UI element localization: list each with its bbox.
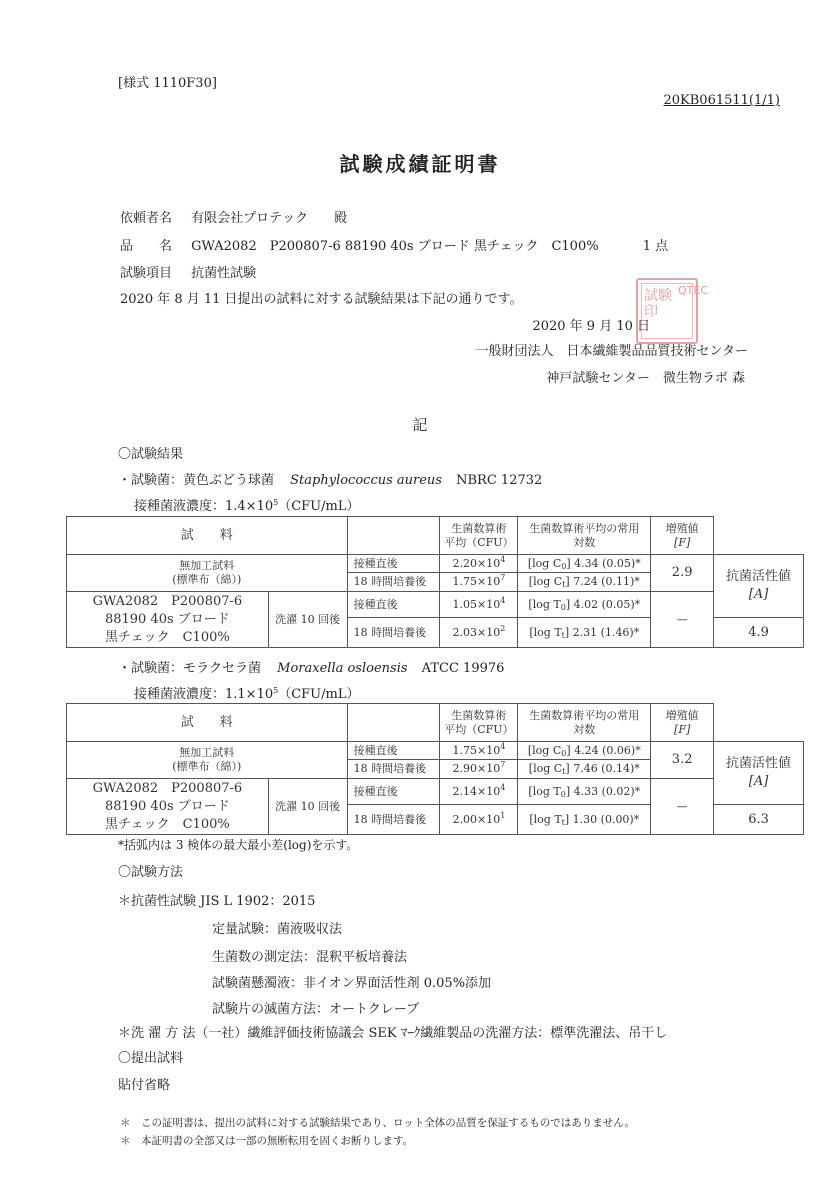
organism-line-1: ・試験菌：黄色ぶどう球菌 Staphylococcus aureus NBRC …: [118, 469, 542, 488]
condition-cell: 接種直後: [347, 742, 440, 760]
organism-strain: ATCC 19976: [422, 661, 505, 676]
organism-strain: NBRC 12732: [456, 473, 542, 488]
requester-label: 依頼者名: [120, 207, 187, 226]
header-sample: 試 料: [67, 517, 348, 555]
wash-cell: 洗濯 10 回後: [268, 592, 347, 648]
cfu-cell: 2.14×104: [440, 779, 518, 805]
table-row: 無加工試料(標準布（綿）) 接種直後 2.20×104 [log C0] 4.3…: [67, 555, 804, 573]
header-empty: [714, 704, 804, 742]
condition-cell: 接種直後: [347, 779, 440, 805]
wash-cell: 洗濯 10 回後: [268, 779, 347, 835]
inoculum-line-1: 接種菌液濃度：1.4×105（CFU/mL）: [134, 495, 359, 514]
header-condition: [347, 517, 440, 555]
disclaimer: ＊ この証明書は、提出の試料に対する試験結果であり、ロット全体の品質を保証するも…: [120, 1115, 635, 1130]
document-number: 20KB061511(1/1): [664, 93, 781, 108]
inoculum-line-2: 接種菌液濃度：1.1×105（CFU/mL）: [134, 683, 359, 702]
product-value: GWA2082 P200807-6 88190 40s ブロード 黒チェック C…: [191, 239, 598, 254]
results-section-title: 〇試験結果: [118, 443, 183, 462]
table-header-row: 試 料 生菌数算術平均（CFU） 生菌数算術平均の常用対数 増殖値[F]: [67, 704, 804, 742]
organism-label: ・試験菌：モラクセラ菌: [118, 661, 261, 676]
header-sample: 試 料: [67, 704, 348, 742]
method-item: 定量試験：菌液吸収法: [212, 918, 342, 937]
inoculum-unit: （CFU/mL）: [278, 499, 359, 514]
method-item: 試験菌懸濁液：非イオン界面活性剤 0.05%添加: [212, 972, 491, 991]
header-cfu: 生菌数算術平均（CFU）: [440, 704, 518, 742]
organism-latin: Staphylococcus aureus: [290, 473, 442, 488]
table-footnote: *括弧内は 3 検体の最大最小差(log)を示す。: [118, 836, 358, 853]
condition-cell: 18 時間培養後: [347, 760, 440, 779]
cfu-cell: 2.90×107: [440, 760, 518, 779]
statement: 2020 年 8 月 11 日提出の試料に対する試験結果は下記の通りです。: [120, 288, 523, 307]
header-log: 生菌数算術平均の常用対数: [518, 704, 651, 742]
test-item-label: 試験項目: [120, 262, 187, 281]
organism-latin: Moraxella osloensis: [277, 661, 407, 676]
condition-cell: 18 時間培養後: [347, 618, 440, 648]
header-cfu: 生菌数算術平均（CFU）: [440, 517, 518, 555]
log-cell: [log Tt] 1.30 (0.00)*: [518, 805, 651, 835]
cfu-cell: 2.00×101: [440, 805, 518, 835]
control-sample-name: 無加工試料(標準布（綿）): [67, 742, 348, 779]
activity-value: 6.3: [714, 805, 804, 835]
requester-value: 有限会社プロテック 殿: [191, 211, 347, 226]
cfu-cell: 2.20×104: [440, 555, 518, 573]
issue-date: 2020 年 9 月 10 日: [532, 315, 650, 334]
table-row: GWA2082 P200807-688190 40s ブロード黒チェック C10…: [67, 779, 804, 805]
cfu-cell: 1.75×107: [440, 573, 518, 592]
header-condition: [347, 704, 440, 742]
log-cell: [log C0] 4.34 (0.05)*: [518, 555, 651, 573]
activity-label: 抗菌活性値[A]: [714, 555, 804, 618]
test-sample-name: GWA2082 P200807-688190 40s ブロード黒チェック C10…: [67, 592, 269, 648]
inoculum-label: 接種菌液濃度：1.1×10: [134, 687, 273, 702]
header-empty: [714, 517, 804, 555]
document-title: 試験成績証明書: [0, 148, 840, 177]
organism-line-2: ・試験菌：モラクセラ菌 Moraxella osloensis ATCC 199…: [118, 657, 504, 676]
sample-growth: —: [651, 779, 714, 835]
seal-brand: QTEC: [678, 284, 692, 297]
product-row: 品 名 GWA2082 P200807-6 88190 40s ブロード 黒チェ…: [120, 235, 668, 254]
sample-growth: —: [651, 592, 714, 648]
condition-cell: 18 時間培養後: [347, 805, 440, 835]
method-item: 試験片の滅菌方法：オートクレーブ: [212, 998, 419, 1017]
submitted-section-title: 〇提出試料: [118, 1047, 183, 1066]
results-table-1: 試 料 生菌数算術平均（CFU） 生菌数算術平均の常用対数 増殖値[F] 無加工…: [66, 516, 804, 648]
method-section-title: 〇試験方法: [118, 861, 183, 880]
submitted-value: 貼付省略: [118, 1074, 170, 1093]
log-cell: [log T0] 4.02 (0.05)*: [518, 592, 651, 618]
issuer-lab: 神戸試験センター 微生物ラボ 森: [546, 367, 745, 386]
table-row: 無加工試料(標準布（綿）) 接種直後 1.75×104 [log C0] 4.2…: [67, 742, 804, 760]
cfu-cell: 2.03×102: [440, 618, 518, 648]
log-cell: [log Tt] 2.31 (1.46)*: [518, 618, 651, 648]
disclaimer: ＊ 本証明書の全部又は一部の無断転用を固くお断りします。: [120, 1133, 413, 1148]
table-row: GWA2082 P200807-688190 40s ブロード黒チェック C10…: [67, 592, 804, 618]
method-item: 生菌数の測定法：混釈平板培養法: [212, 946, 407, 965]
control-sample-name: 無加工試料(標準布（綿）): [67, 555, 348, 592]
condition-cell: 接種直後: [347, 592, 440, 618]
washing-method: ＊洗 濯 方 法（一社）繊維評価技術協議会 SEK ﾏｰｸ繊維製品の洗濯方法：標…: [118, 1022, 667, 1041]
log-cell: [log Ct] 7.24 (0.11)*: [518, 573, 651, 592]
official-seal-stamp: 試験印 QTEC: [636, 278, 698, 344]
product-qty: 1 点: [643, 235, 668, 254]
log-cell: [log Ct] 7.46 (0.14)*: [518, 760, 651, 779]
requester-row: 依頼者名 有限会社プロテック 殿: [120, 207, 347, 226]
log-cell: [log C0] 4.24 (0.06)*: [518, 742, 651, 760]
table-header-row: 試 料 生菌数算術平均（CFU） 生菌数算術平均の常用対数 増殖値[F]: [67, 517, 804, 555]
cfu-cell: 1.05×104: [440, 592, 518, 618]
results-table-2: 試 料 生菌数算術平均（CFU） 生菌数算術平均の常用対数 増殖値[F] 無加工…: [66, 703, 804, 835]
method-standard: ＊抗菌性試験 JIS L 1902：2015: [118, 890, 315, 909]
inoculum-unit: （CFU/mL）: [278, 687, 359, 702]
form-number: [様式 1110F30]: [118, 72, 217, 91]
activity-label: 抗菌活性値[A]: [714, 742, 804, 805]
inoculum-label: 接種菌液濃度：1.4×10: [134, 499, 273, 514]
activity-value: 4.9: [714, 618, 804, 648]
growth-value: 3.2: [651, 742, 714, 779]
test-item-value: 抗菌性試験: [191, 266, 256, 281]
header-growth: 増殖値[F]: [651, 517, 714, 555]
product-label: 品 名: [120, 235, 187, 254]
ki-heading: 記: [0, 414, 840, 435]
condition-cell: 18 時間培養後: [347, 573, 440, 592]
test-sample-name: GWA2082 P200807-688190 40s ブロード黒チェック C10…: [67, 779, 269, 835]
organism-label: ・試験菌：黄色ぶどう球菌: [118, 473, 274, 488]
issuer-organization: 一般財団法人 日本繊維製品品質技術センター: [476, 340, 748, 359]
header-growth: 増殖値[F]: [651, 704, 714, 742]
header-log: 生菌数算術平均の常用対数: [518, 517, 651, 555]
cfu-cell: 1.75×104: [440, 742, 518, 760]
condition-cell: 接種直後: [347, 555, 440, 573]
test-item-row: 試験項目 抗菌性試験: [120, 262, 256, 281]
log-cell: [log T0] 4.33 (0.02)*: [518, 779, 651, 805]
growth-value: 2.9: [651, 555, 714, 592]
